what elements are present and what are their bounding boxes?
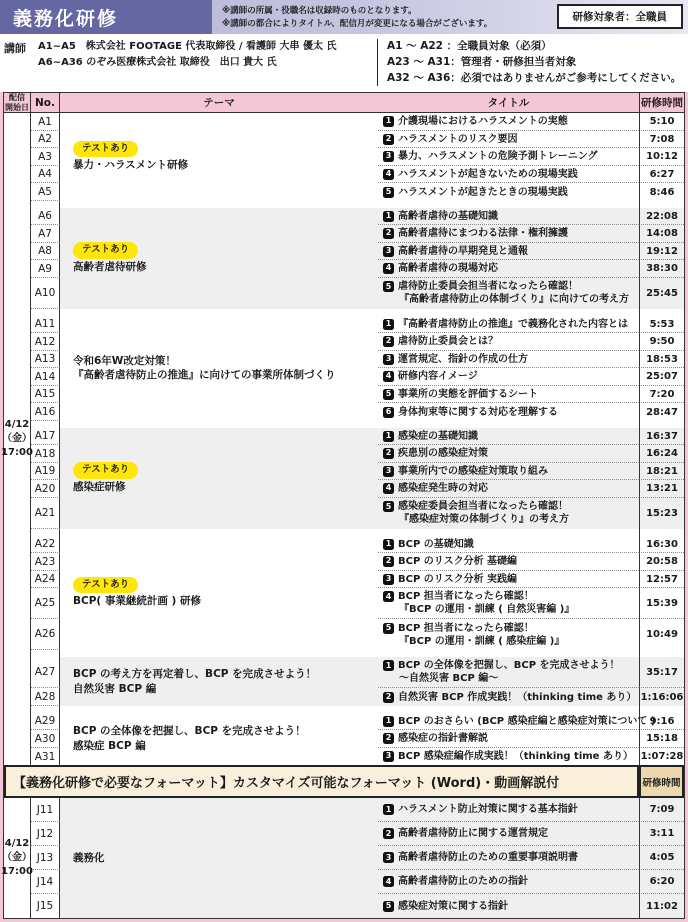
row-no: A22 [31, 536, 60, 554]
row-title: 2自然災害 BCP 作成実践！（thinking time あり） [378, 688, 639, 706]
number-badge-icon: 2 [383, 134, 394, 145]
row-title: 2ハラスメントのリスク要因 [378, 131, 639, 149]
title-line: 1高齢者虐待の基礎知識 [383, 210, 637, 223]
row-title: 2BCP のリスク分析 基礎編 [378, 553, 639, 571]
title-line: 4BCP 担当者になったら確認！ [383, 590, 637, 603]
row-no: J11 [31, 798, 60, 822]
title-text: ハラスメントが起きたときの現場実践 [398, 186, 568, 199]
column-header-time: 研修時間 [639, 93, 684, 113]
row-time: 13:21 [639, 480, 684, 498]
row-time: 16:37 [639, 428, 684, 446]
row-no: A8 [31, 243, 60, 261]
title-line: 『BCP の運用・訓練 ( 自然災害編 )』 [383, 603, 637, 616]
group-gap [31, 706, 60, 713]
broadcast-date: 4/12（金）17:00 [4, 798, 31, 918]
title-text: 身体拘束等に関する対応を理解する [398, 406, 558, 419]
row-no: J13 [31, 846, 60, 870]
theme-cell: テストあり高齢者虐待研修 [60, 208, 378, 309]
title-line: 2ハラスメントのリスク要因 [383, 133, 637, 146]
format-section-time-header: 研修時間 [639, 765, 684, 798]
row-time: 9:16 [639, 713, 684, 731]
title-text: 暴力、ハラスメントの危険予測トレーニング [398, 150, 598, 163]
row-time: 7:20 [639, 386, 684, 404]
row-time: 19:12 [639, 243, 684, 261]
number-badge-icon: 1 [383, 660, 394, 671]
row-time: 8:46 [639, 183, 684, 201]
row-title: 3運営規定、指針の作成の仕方 [378, 351, 639, 369]
number-badge-icon: 1 [383, 539, 394, 550]
title-text: ハラスメントのリスク要因 [398, 133, 518, 146]
title-line: 1『高齢者虐待防止の推進』で義務化された内容とは [383, 318, 637, 331]
row-title: 1感染症の基礎知識 [378, 428, 639, 446]
title-line: 5感染症対策に関する指針 [383, 900, 637, 913]
title-text: 『BCP の運用・訓練 ( 自然災害編 )』 [399, 603, 574, 616]
group-gap [639, 309, 684, 316]
row-no: A10 [31, 278, 60, 309]
row-no: A5 [31, 183, 60, 201]
title-line: 3高齢者虐待防止のための重要事項説明書 [383, 851, 637, 864]
title-line: 4ハラスメントが起きないための現場実践 [383, 168, 637, 181]
number-badge-icon: 5 [383, 501, 394, 512]
row-no: A28 [31, 688, 60, 706]
theme-text: BCP( 事業継続計画 ) 研修 [73, 594, 201, 609]
title-line: 2高齢者虐待防止に関する運営規定 [383, 827, 637, 840]
column-header-date: 配信 開始日 [4, 93, 31, 113]
title-line: 2感染症の指針書解説 [383, 732, 637, 745]
row-time: 25:45 [639, 278, 684, 309]
number-badge-icon: 2 [383, 336, 394, 347]
number-badge-icon: 3 [383, 151, 394, 162]
number-badge-icon: 5 [383, 187, 394, 198]
row-title: 2感染症の指針書解説 [378, 730, 639, 748]
row-time: 10:49 [639, 619, 684, 650]
row-title: 5事業所の実態を評価するシート [378, 386, 639, 404]
test-badge: テストあり [73, 577, 138, 593]
schedule-table: 配信 開始日 No. テーマ タイトル 研修時間 A11介護現場におけるハラスメ… [0, 92, 688, 922]
row-title: 4BCP 担当者になったら確認！『BCP の運用・訓練 ( 自然災害編 )』 [378, 588, 639, 619]
row-time: 7:09 [639, 798, 684, 822]
row-time: 5:53 [639, 316, 684, 334]
column-header-date-line: 配信 [9, 93, 25, 103]
row-no: A19 [31, 463, 60, 481]
title-text: 感染症委員会担当者になったら確認！ [398, 500, 568, 513]
number-badge-icon: 4 [383, 263, 394, 274]
row-title: 4ハラスメントが起きないための現場実践 [378, 166, 639, 184]
theme-text: 自然災害 BCP 編 [73, 682, 156, 697]
page-title: 義務化研修 [0, 0, 212, 34]
theme-text: 『高齢者虐待防止の推進』に向けての事業所体制づくり [73, 368, 336, 383]
title-line: 2疾患別の感染症対策 [383, 447, 637, 460]
row-time: 4:05 [639, 846, 684, 870]
title-line: 1BCP のおさらい (BCP 感染症編と感染症対策について ) [383, 715, 637, 728]
number-badge-icon: 5 [383, 389, 394, 400]
broadcast-date-line: （金） [2, 851, 32, 865]
format-section-banner: 【義務化研修で必要なフォーマット】カスタマイズ可能なフォーマット (Word)・… [4, 765, 639, 798]
number-badge-icon: 4 [383, 169, 394, 180]
number-badge-icon: 3 [383, 354, 394, 365]
row-time: 16:30 [639, 536, 684, 554]
theme-text: 令和6年W改定対策！ [73, 354, 176, 369]
broadcast-date: 4/12（金）17:00 [4, 113, 31, 765]
row-title: 5虐待防止委員会担当者になったら確認！『高齢者虐待防止の体制づくり』に向けての考… [378, 278, 639, 309]
title-line: 4感染症発生時の対応 [383, 482, 637, 495]
audience-line: A32 ～ A36：必須ではありませんがご参考にしてください。 [387, 71, 681, 87]
number-badge-icon: 2 [383, 556, 394, 567]
group-gap [31, 201, 60, 208]
row-time: 9:50 [639, 333, 684, 351]
title-text: ハラスメントが起きないための現場実践 [398, 168, 578, 181]
group-gap [378, 309, 639, 316]
info-section: 講師 A1~A5 株式会社 FOOTAGE 代表取締役 / 看護師 大串 優太 … [0, 34, 688, 92]
title-line: 2高齢者虐待にまつわる法律・権利擁護 [383, 227, 637, 240]
number-badge-icon: 3 [383, 852, 394, 863]
number-badge-icon: 2 [383, 733, 394, 744]
broadcast-date-line: （金） [2, 432, 32, 446]
title-line: 6身体拘束等に関する対応を理解する [383, 406, 637, 419]
number-badge-icon: 5 [383, 281, 394, 292]
row-title: 3BCP 感染症編作成実践！（thinking time あり） [378, 748, 639, 766]
title-line: 『高齢者虐待防止の体制づくり』に向けての考え方 [383, 293, 637, 306]
title-text: 介護現場におけるハラスメントの実態 [398, 115, 568, 128]
row-no: J12 [31, 822, 60, 846]
row-title: 1BCP の全体像を把握し、BCP を完成させよう！～自然災害 BCP 編～ [378, 657, 639, 688]
row-no: A30 [31, 730, 60, 748]
row-no: A27 [31, 657, 60, 688]
number-badge-icon: 5 [383, 901, 394, 912]
title-line: 3暴力、ハラスメントの危険予測トレーニング [383, 150, 637, 163]
group-gap [60, 421, 378, 428]
row-time: 3:11 [639, 822, 684, 846]
target-audience-box: 研修対象者：全職員 [557, 4, 684, 29]
row-no: A26 [31, 619, 60, 650]
row-no: A3 [31, 148, 60, 166]
number-badge-icon: 1 [383, 116, 394, 127]
theme-cell: 令和6年W改定対策！『高齢者虐待防止の推進』に向けての事業所体制づくり [60, 316, 378, 421]
title-line: 3事業所内での感染症対策取り組み [383, 465, 637, 478]
number-badge-icon: 1 [383, 319, 394, 330]
row-time: 16:24 [639, 445, 684, 463]
group-gap [60, 201, 378, 208]
group-gap [31, 421, 60, 428]
title-text: 自然災害 BCP 作成実践！（thinking time あり） [398, 691, 636, 704]
group-gap [639, 650, 684, 657]
title-line: 5事業所の実態を評価するシート [383, 388, 637, 401]
title-text: 感染症発生時の対応 [398, 482, 488, 495]
row-no: A31 [31, 748, 60, 766]
title-text: 虐待防止委員会とは？ [398, 335, 498, 348]
row-no: A15 [31, 386, 60, 404]
row-title: 5BCP 担当者になったら確認！『BCP の運用・訓練 ( 感染症編 )』 [378, 619, 639, 650]
row-time: 15:23 [639, 498, 684, 529]
row-no: A23 [31, 553, 60, 571]
test-badge: テストあり [73, 242, 138, 258]
row-time: 18:21 [639, 463, 684, 481]
title-text: 感染症対策に関する指針 [398, 900, 508, 913]
title-text: BCP 担当者になったら確認！ [398, 622, 534, 635]
title-line: 3高齢者虐待の早期発見と通報 [383, 245, 637, 258]
number-badge-icon: 6 [383, 407, 394, 418]
row-time: 6:27 [639, 166, 684, 184]
title-text: 高齢者虐待防止のための重要事項説明書 [398, 851, 578, 864]
row-title: 3暴力、ハラスメントの危険予測トレーニング [378, 148, 639, 166]
row-title: 2疾患別の感染症対策 [378, 445, 639, 463]
group-gap [60, 706, 378, 713]
theme-cell: テストありBCP( 事業継続計画 ) 研修 [60, 536, 378, 651]
title-text: 高齢者虐待の早期発見と通報 [398, 245, 528, 258]
group-gap [378, 650, 639, 657]
title-line: 1ハラスメント防止対策に関する基本指針 [383, 803, 637, 816]
group-gap [378, 529, 639, 536]
title-text: 『感染症対策の体制づくり』の考え方 [399, 513, 569, 526]
title-text: 研修内容イメージ [398, 370, 478, 383]
row-title: 4高齢者虐待の現場対応 [378, 260, 639, 278]
group-gap [639, 201, 684, 208]
broadcast-date-line: 4/12 [5, 418, 30, 432]
number-badge-icon: 4 [383, 483, 394, 494]
broadcast-date-line: 17:00 [1, 446, 33, 460]
number-badge-icon: 5 [383, 623, 394, 634]
group-gap [31, 309, 60, 316]
row-no: A24 [31, 571, 60, 589]
title-text: BCP の基礎知識 [398, 538, 474, 551]
title-line: 1感染症の基礎知識 [383, 430, 637, 443]
title-line: 『感染症対策の体制づくり』の考え方 [383, 513, 637, 526]
row-time: 10:12 [639, 148, 684, 166]
row-time: 15:18 [639, 730, 684, 748]
row-title: 4高齢者虐待防止のための指針 [378, 870, 639, 894]
lecturer-lines: A1~A5 株式会社 FOOTAGE 代表取締役 / 看護師 大串 優太 氏 A… [38, 39, 336, 84]
row-no: A13 [31, 351, 60, 369]
broadcast-date-line: 17:00 [1, 865, 33, 879]
title-line: 1BCP の基礎知識 [383, 538, 637, 551]
audience-line: A23 ～ A31：管理者・研修担当者対象 [387, 55, 681, 71]
title-line: 4研修内容イメージ [383, 370, 637, 383]
title-text: 虐待防止委員会担当者になったら確認！ [398, 280, 578, 293]
title-text: 高齢者虐待防止のための指針 [398, 875, 528, 888]
row-no: J14 [31, 870, 60, 894]
row-no: A12 [31, 333, 60, 351]
number-badge-icon: 2 [383, 692, 394, 703]
title-text: BCP 感染症編作成実践！（thinking time あり） [398, 750, 633, 763]
title-text: 感染症の指針書解説 [398, 732, 488, 745]
row-title: 1BCP のおさらい (BCP 感染症編と感染症対策について ) [378, 713, 639, 731]
row-title: 6身体拘束等に関する対応を理解する [378, 403, 639, 421]
row-title: 4研修内容イメージ [378, 368, 639, 386]
title-text: 運営規定、指針の作成の仕方 [398, 353, 528, 366]
group-gap [60, 650, 378, 657]
test-badge: テストあり [73, 141, 138, 157]
title-line: ～自然災害 BCP 編～ [383, 672, 637, 685]
row-time: 12:57 [639, 571, 684, 589]
theme-cell: テストあり暴力・ハラスメント研修 [60, 113, 378, 201]
column-header-no: No. [31, 93, 60, 113]
number-badge-icon: 4 [383, 591, 394, 602]
title-line: 3BCP 感染症編作成実践！（thinking time あり） [383, 750, 637, 763]
row-title: 2高齢者虐待にまつわる法律・権利擁護 [378, 225, 639, 243]
title-line: 3運営規定、指針の作成の仕方 [383, 353, 637, 366]
row-no: J15 [31, 894, 60, 918]
row-no: A21 [31, 498, 60, 529]
row-no: A11 [31, 316, 60, 334]
title-text: 高齢者虐待にまつわる法律・権利擁護 [398, 227, 568, 240]
title-line: 4高齢者虐待の現場対応 [383, 262, 637, 275]
row-title: 1BCP の基礎知識 [378, 536, 639, 554]
title-text: BCP のリスク分析 実践編 [398, 573, 517, 586]
lecturer-block: 講師 A1~A5 株式会社 FOOTAGE 代表取締役 / 看護師 大串 優太 … [4, 39, 378, 86]
group-gap [60, 529, 378, 536]
note-line: ※講師の所属・役職名は収録時のものとなります。 [222, 5, 492, 18]
title-line: 5BCP 担当者になったら確認！ [383, 622, 637, 635]
row-no: A16 [31, 403, 60, 421]
theme-cell: BCP の考え方を再定着し、BCP を完成させよう！自然災害 BCP 編 [60, 657, 378, 706]
group-gap [378, 201, 639, 208]
number-badge-icon: 3 [383, 246, 394, 257]
schedule-grid: 配信 開始日 No. テーマ タイトル 研修時間 A11介護現場におけるハラスメ… [3, 92, 685, 919]
row-no: A14 [31, 368, 60, 386]
row-no: A6 [31, 208, 60, 226]
row-no: A17 [31, 428, 60, 446]
column-header-theme: テーマ [60, 93, 378, 113]
title-line: 5ハラスメントが起きたときの現場実践 [383, 186, 637, 199]
theme-text: 暴力・ハラスメント研修 [73, 158, 188, 173]
row-time: 1:16:06 [639, 688, 684, 706]
title-line: 2虐待防止委員会とは？ [383, 335, 637, 348]
row-title: 1ハラスメント防止対策に関する基本指針 [378, 798, 639, 822]
theme-cell: 義務化 [60, 798, 378, 918]
row-no: A1 [31, 113, 60, 131]
number-badge-icon: 2 [383, 828, 394, 839]
theme-text: 高齢者虐待研修 [73, 260, 147, 275]
lecturer-line: A6~A36 のぞみ医療株式会社 取締役 出口 貴大 氏 [38, 55, 336, 71]
note-line: ※講師の都合によりタイトル、配信月が変更になる場合がございます。 [222, 18, 492, 31]
row-title: 1高齢者虐待の基礎知識 [378, 208, 639, 226]
number-badge-icon: 2 [383, 228, 394, 239]
row-title: 4感染症発生時の対応 [378, 480, 639, 498]
row-time: 18:53 [639, 351, 684, 369]
title-line: 『BCP の運用・訓練 ( 感染症編 )』 [383, 635, 637, 648]
row-time: 20:58 [639, 553, 684, 571]
group-gap [60, 309, 378, 316]
row-title: 3事業所内での感染症対策取り組み [378, 463, 639, 481]
group-gap [378, 421, 639, 428]
row-no: A29 [31, 713, 60, 731]
row-title: 1介護現場におけるハラスメントの実態 [378, 113, 639, 131]
title-line: 5感染症委員会担当者になったら確認！ [383, 500, 637, 513]
number-badge-icon: 3 [383, 466, 394, 477]
theme-text: BCP の考え方を再定着し、BCP を完成させよう！ [73, 667, 316, 682]
row-time: 11:02 [639, 894, 684, 918]
title-text: 高齢者虐待の現場対応 [398, 262, 498, 275]
title-text: ～自然災害 BCP 編～ [399, 672, 498, 685]
audience-line: A1 ～ A22 ：全職員対象（必須） [387, 39, 681, 55]
title-line: 3BCP のリスク分析 実践編 [383, 573, 637, 586]
title-line: 4高齢者虐待防止のための指針 [383, 875, 637, 888]
row-time: 1:07:28 [639, 748, 684, 766]
number-badge-icon: 1 [383, 716, 394, 727]
title-text: 『BCP の運用・訓練 ( 感染症編 )』 [399, 635, 564, 648]
title-text: 事業所の実態を評価するシート [398, 388, 538, 401]
number-badge-icon: 3 [383, 574, 394, 585]
theme-text: 感染症研修 [73, 480, 126, 495]
lecturer-line: A1~A5 株式会社 FOOTAGE 代表取締役 / 看護師 大串 優太 氏 [38, 39, 336, 55]
row-time: 22:08 [639, 208, 684, 226]
title-line: 1介護現場におけるハラスメントの実態 [383, 115, 637, 128]
test-badge: テストあり [73, 462, 138, 478]
row-no: A20 [31, 480, 60, 498]
number-badge-icon: 1 [383, 804, 394, 815]
theme-text: 感染症 BCP 編 [73, 739, 146, 754]
row-title: 3BCP のリスク分析 実践編 [378, 571, 639, 589]
theme-text: BCP の全体像を把握し、BCP を完成させよう！ [73, 724, 306, 739]
group-gap [378, 706, 639, 713]
title-text: ハラスメント防止対策に関する基本指針 [398, 803, 578, 816]
broadcast-date-line: 4/12 [5, 837, 30, 851]
group-gap [639, 529, 684, 536]
title-text: BCP 担当者になったら確認！ [398, 590, 534, 603]
row-time: 15:39 [639, 588, 684, 619]
row-time: 38:30 [639, 260, 684, 278]
title-line: 1BCP の全体像を把握し、BCP を完成させよう！ [383, 659, 637, 672]
row-time: 28:47 [639, 403, 684, 421]
number-badge-icon: 1 [383, 211, 394, 222]
row-title: 5ハラスメントが起きたときの現場実践 [378, 183, 639, 201]
title-text: BCP の全体像を把握し、BCP を完成させよう！ [398, 659, 620, 672]
row-time: 14:08 [639, 225, 684, 243]
title-text: 『高齢者虐待防止の体制づくり』に向けての考え方 [399, 293, 629, 306]
number-badge-icon: 3 [383, 751, 394, 762]
title-text: 『高齢者虐待防止の推進』で義務化された内容とは [398, 318, 628, 331]
number-badge-icon: 1 [383, 431, 394, 442]
row-time: 6:20 [639, 870, 684, 894]
header-notes: ※講師の所属・役職名は収録時のものとなります。 ※講師の都合によりタイトル、配信… [222, 5, 492, 31]
number-badge-icon: 4 [383, 876, 394, 887]
row-title: 5感染症対策に関する指針 [378, 894, 639, 918]
title-text: BCP のおさらい (BCP 感染症編と感染症対策について ) [398, 715, 655, 728]
theme-cell: BCP の全体像を把握し、BCP を完成させよう！感染症 BCP 編 [60, 713, 378, 766]
row-title: 5感染症委員会担当者になったら確認！『感染症対策の体制づくり』の考え方 [378, 498, 639, 529]
title-text: 事業所内での感染症対策取り組み [398, 465, 548, 478]
group-gap [639, 421, 684, 428]
title-line: 2BCP のリスク分析 基礎編 [383, 555, 637, 568]
row-title: 2虐待防止委員会とは？ [378, 333, 639, 351]
row-no: A4 [31, 166, 60, 184]
number-badge-icon: 4 [383, 371, 394, 382]
row-no: A25 [31, 588, 60, 619]
title-text: BCP のリスク分析 基礎編 [398, 555, 517, 568]
row-time: 5:10 [639, 113, 684, 131]
row-time: 35:17 [639, 657, 684, 688]
group-gap [31, 529, 60, 536]
title-text: 高齢者虐待の基礎知識 [398, 210, 498, 223]
title-text: 高齢者虐待防止に関する運営規定 [398, 827, 548, 840]
row-time: 25:07 [639, 368, 684, 386]
theme-text: 義務化 [73, 851, 105, 866]
row-no: A9 [31, 260, 60, 278]
audience-block: A1 ～ A22 ：全職員対象（必須） A23 ～ A31：管理者・研修担当者対… [378, 39, 681, 86]
number-badge-icon: 2 [383, 448, 394, 459]
row-title: 2高齢者虐待防止に関する運営規定 [378, 822, 639, 846]
title-text: 感染症の基礎知識 [398, 430, 478, 443]
page-header: 義務化研修 ※講師の所属・役職名は収録時のものとなります。 ※講師の都合によりタ… [0, 0, 688, 34]
title-text: 疾患別の感染症対策 [398, 447, 488, 460]
column-header-title: タイトル [378, 93, 639, 113]
theme-cell: テストあり感染症研修 [60, 428, 378, 529]
column-header-date-line: 開始日 [5, 103, 29, 113]
row-title: 1『高齢者虐待防止の推進』で義務化された内容とは [378, 316, 639, 334]
row-no: A18 [31, 445, 60, 463]
row-title: 3高齢者虐待防止のための重要事項説明書 [378, 846, 639, 870]
title-line: 2自然災害 BCP 作成実践！（thinking time あり） [383, 691, 637, 704]
